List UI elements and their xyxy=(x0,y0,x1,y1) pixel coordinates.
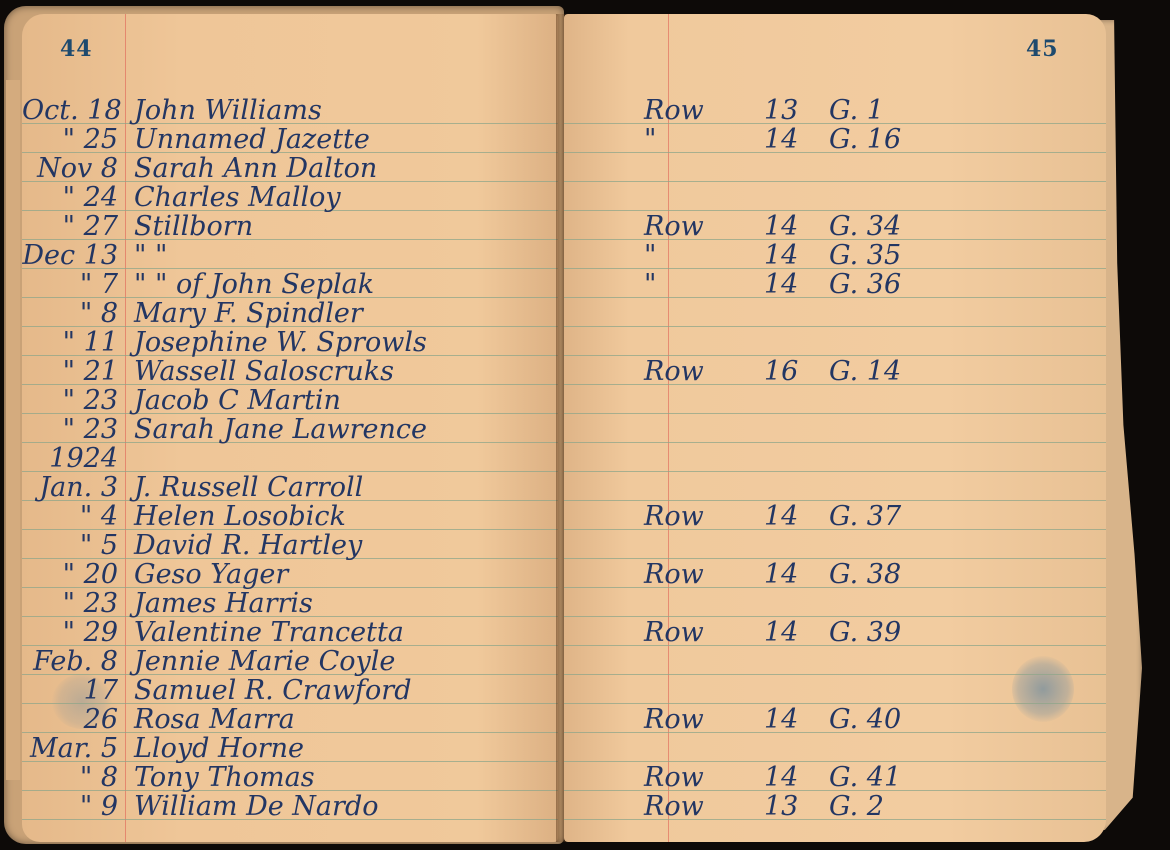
register-entry: Mar. 5Lloyd Horne xyxy=(22,734,558,763)
row-number: 14 xyxy=(764,212,798,241)
row-label: Row xyxy=(644,357,704,386)
page-number: 44 xyxy=(60,36,93,62)
entry-name: David R. Hartley xyxy=(134,531,362,560)
row-number: 14 xyxy=(764,502,798,531)
entry-name: Valentine Trancetta xyxy=(134,618,404,647)
register-entry: " 24Charles Malloy xyxy=(22,183,558,212)
ruled-line xyxy=(564,413,1106,414)
entry-name: Jacob C Martin xyxy=(134,386,341,415)
ruled-line xyxy=(564,326,1106,327)
entry-name: " " of John Seplak xyxy=(134,270,374,299)
grave-number: G. 35 xyxy=(829,241,901,270)
register-entry: " 4Helen Losobick xyxy=(22,502,558,531)
grave-number: G. 16 xyxy=(829,125,901,154)
entry-date: " 8 xyxy=(22,299,118,328)
register-entry: Nov 8Sarah Ann Dalton xyxy=(22,154,558,183)
row-label: " xyxy=(644,125,656,154)
register-entry: 17Samuel R. Crawford xyxy=(22,676,558,705)
row-number: 14 xyxy=(764,705,798,734)
entry-date: Dec 13 xyxy=(22,241,118,270)
left-page: 44 Oct. 18John Williams" 25Unnamed Jazet… xyxy=(22,14,558,842)
row-number: 14 xyxy=(764,763,798,792)
register-entry: Jan. 3J. Russell Carroll xyxy=(22,473,558,502)
grave-location: "14G. 36 xyxy=(564,270,1106,299)
entry-date: " 23 xyxy=(22,589,118,618)
row-label: " xyxy=(644,270,656,299)
entry-date: " 4 xyxy=(22,502,118,531)
grave-location: "14G. 35 xyxy=(564,241,1106,270)
entry-date: " 11 xyxy=(22,328,118,357)
grave-number: G. 37 xyxy=(829,502,901,531)
entry-date: " 9 xyxy=(22,792,118,821)
entry-date: " 5 xyxy=(22,531,118,560)
entry-name: J. Russell Carroll xyxy=(134,473,363,502)
register-entry: " 21Wassell Saloscruks xyxy=(22,357,558,386)
entry-date: " 8 xyxy=(22,763,118,792)
grave-number: G. 40 xyxy=(829,705,901,734)
open-ledger-book: 44 Oct. 18John Williams" 25Unnamed Jazet… xyxy=(0,0,1170,850)
entry-date: 26 xyxy=(22,705,118,734)
row-label: Row xyxy=(644,792,704,821)
entry-name: Geso Yager xyxy=(134,560,288,589)
row-number: 14 xyxy=(764,241,798,270)
register-entry: " 11Josephine W. Sprowls xyxy=(22,328,558,357)
row-label: Row xyxy=(644,618,704,647)
grave-number: G. 38 xyxy=(829,560,901,589)
row-label: Row xyxy=(644,212,704,241)
row-label: Row xyxy=(644,560,704,589)
grave-location: Row14G. 41 xyxy=(564,763,1106,792)
row-number: 14 xyxy=(764,270,798,299)
register-entry: " 8Tony Thomas xyxy=(22,763,558,792)
entry-name: Samuel R. Crawford xyxy=(134,676,412,705)
grave-number: G. 2 xyxy=(829,792,884,821)
entry-name: Helen Losobick xyxy=(134,502,346,531)
entry-name: John Williams xyxy=(134,96,322,125)
entry-name: Lloyd Horne xyxy=(134,734,304,763)
entry-date: Mar. 5 xyxy=(22,734,118,763)
row-number: 14 xyxy=(764,560,798,589)
register-entry: " 8Mary F. Spindler xyxy=(22,299,558,328)
entry-date: " 23 xyxy=(22,386,118,415)
register-entry: Dec 13" " xyxy=(22,241,558,270)
register-entry: " 25Unnamed Jazette xyxy=(22,125,558,154)
grave-number: G. 34 xyxy=(829,212,901,241)
ruled-line xyxy=(564,181,1106,182)
page-number: 45 xyxy=(1026,36,1059,62)
grave-location: Row14G. 39 xyxy=(564,618,1106,647)
row-label: Row xyxy=(644,502,704,531)
grave-number: G. 41 xyxy=(829,763,901,792)
entry-date: Jan. 3 xyxy=(22,473,118,502)
right-page: 45 Row13G. 1"14G. 16Row14G. 34"14G. 35"1… xyxy=(564,14,1106,842)
entry-date: " 25 xyxy=(22,125,118,154)
entry-date: " 23 xyxy=(22,415,118,444)
ruled-line xyxy=(564,471,1106,472)
entry-name: Josephine W. Sprowls xyxy=(134,328,427,357)
register-entry: 26Rosa Marra xyxy=(22,705,558,734)
entry-date: " 7 xyxy=(22,270,118,299)
row-number: 14 xyxy=(764,618,798,647)
entry-name: Sarah Ann Dalton xyxy=(134,154,377,183)
entry-name: Stillborn xyxy=(134,212,253,241)
row-label: " xyxy=(644,241,656,270)
entry-date: Feb. 8 xyxy=(22,647,118,676)
entry-name: James Harris xyxy=(134,589,313,618)
register-entry: Feb. 8Jennie Marie Coyle xyxy=(22,647,558,676)
entry-date: 17 xyxy=(22,676,118,705)
register-entry: 1924 xyxy=(22,444,558,473)
register-entry: Oct. 18John Williams xyxy=(22,96,558,125)
entry-date: " 21 xyxy=(22,357,118,386)
entry-name: " " xyxy=(134,241,167,270)
grave-location: Row13G. 2 xyxy=(564,792,1106,821)
entry-name: Wassell Saloscruks xyxy=(134,357,394,386)
entry-date: " 24 xyxy=(22,183,118,212)
register-entry: " 9William De Nardo xyxy=(22,792,558,821)
ruled-line xyxy=(564,674,1106,675)
register-entry: " 27Stillborn xyxy=(22,212,558,241)
entry-name: Jennie Marie Coyle xyxy=(134,647,395,676)
entry-date: " 29 xyxy=(22,618,118,647)
grave-location: Row16G. 14 xyxy=(564,357,1106,386)
grave-number: G. 39 xyxy=(829,618,901,647)
row-number: 13 xyxy=(764,792,798,821)
register-entry: " 23James Harris xyxy=(22,589,558,618)
register-entry: " 5David R. Hartley xyxy=(22,531,558,560)
entry-date: " 20 xyxy=(22,560,118,589)
grave-location: Row14G. 38 xyxy=(564,560,1106,589)
entry-name: Unnamed Jazette xyxy=(134,125,370,154)
entry-name: William De Nardo xyxy=(134,792,378,821)
grave-location: Row14G. 34 xyxy=(564,212,1106,241)
register-entry: " 23Jacob C Martin xyxy=(22,386,558,415)
grave-number: G. 36 xyxy=(829,270,901,299)
entry-date: Nov 8 xyxy=(22,154,118,183)
entry-date: " 27 xyxy=(22,212,118,241)
entry-name: Charles Malloy xyxy=(134,183,341,212)
row-number: 13 xyxy=(764,96,798,125)
row-number: 16 xyxy=(764,357,798,386)
page-edge-strip xyxy=(6,80,20,780)
entry-name: Tony Thomas xyxy=(134,763,315,792)
entry-name: Rosa Marra xyxy=(134,705,295,734)
grave-location: Row14G. 40 xyxy=(564,705,1106,734)
ruled-line xyxy=(564,442,1106,443)
register-entry: " 20Geso Yager xyxy=(22,560,558,589)
register-entry: " 7" " of John Seplak xyxy=(22,270,558,299)
row-label: Row xyxy=(644,96,704,125)
row-label: Row xyxy=(644,763,704,792)
grave-location: "14G. 16 xyxy=(564,125,1106,154)
entry-date: Oct. 18 xyxy=(22,96,118,125)
grave-location: Row14G. 37 xyxy=(564,502,1106,531)
register-entry: " 23Sarah Jane Lawrence xyxy=(22,415,558,444)
grave-number: G. 14 xyxy=(829,357,901,386)
entry-name: Mary F. Spindler xyxy=(134,299,363,328)
row-label: Row xyxy=(644,705,704,734)
entry-name: Sarah Jane Lawrence xyxy=(134,415,427,444)
row-number: 14 xyxy=(764,125,798,154)
grave-number: G. 1 xyxy=(829,96,884,125)
entry-date: 1924 xyxy=(22,444,118,473)
grave-location: Row13G. 1 xyxy=(564,96,1106,125)
register-entry: " 29Valentine Trancetta xyxy=(22,618,558,647)
